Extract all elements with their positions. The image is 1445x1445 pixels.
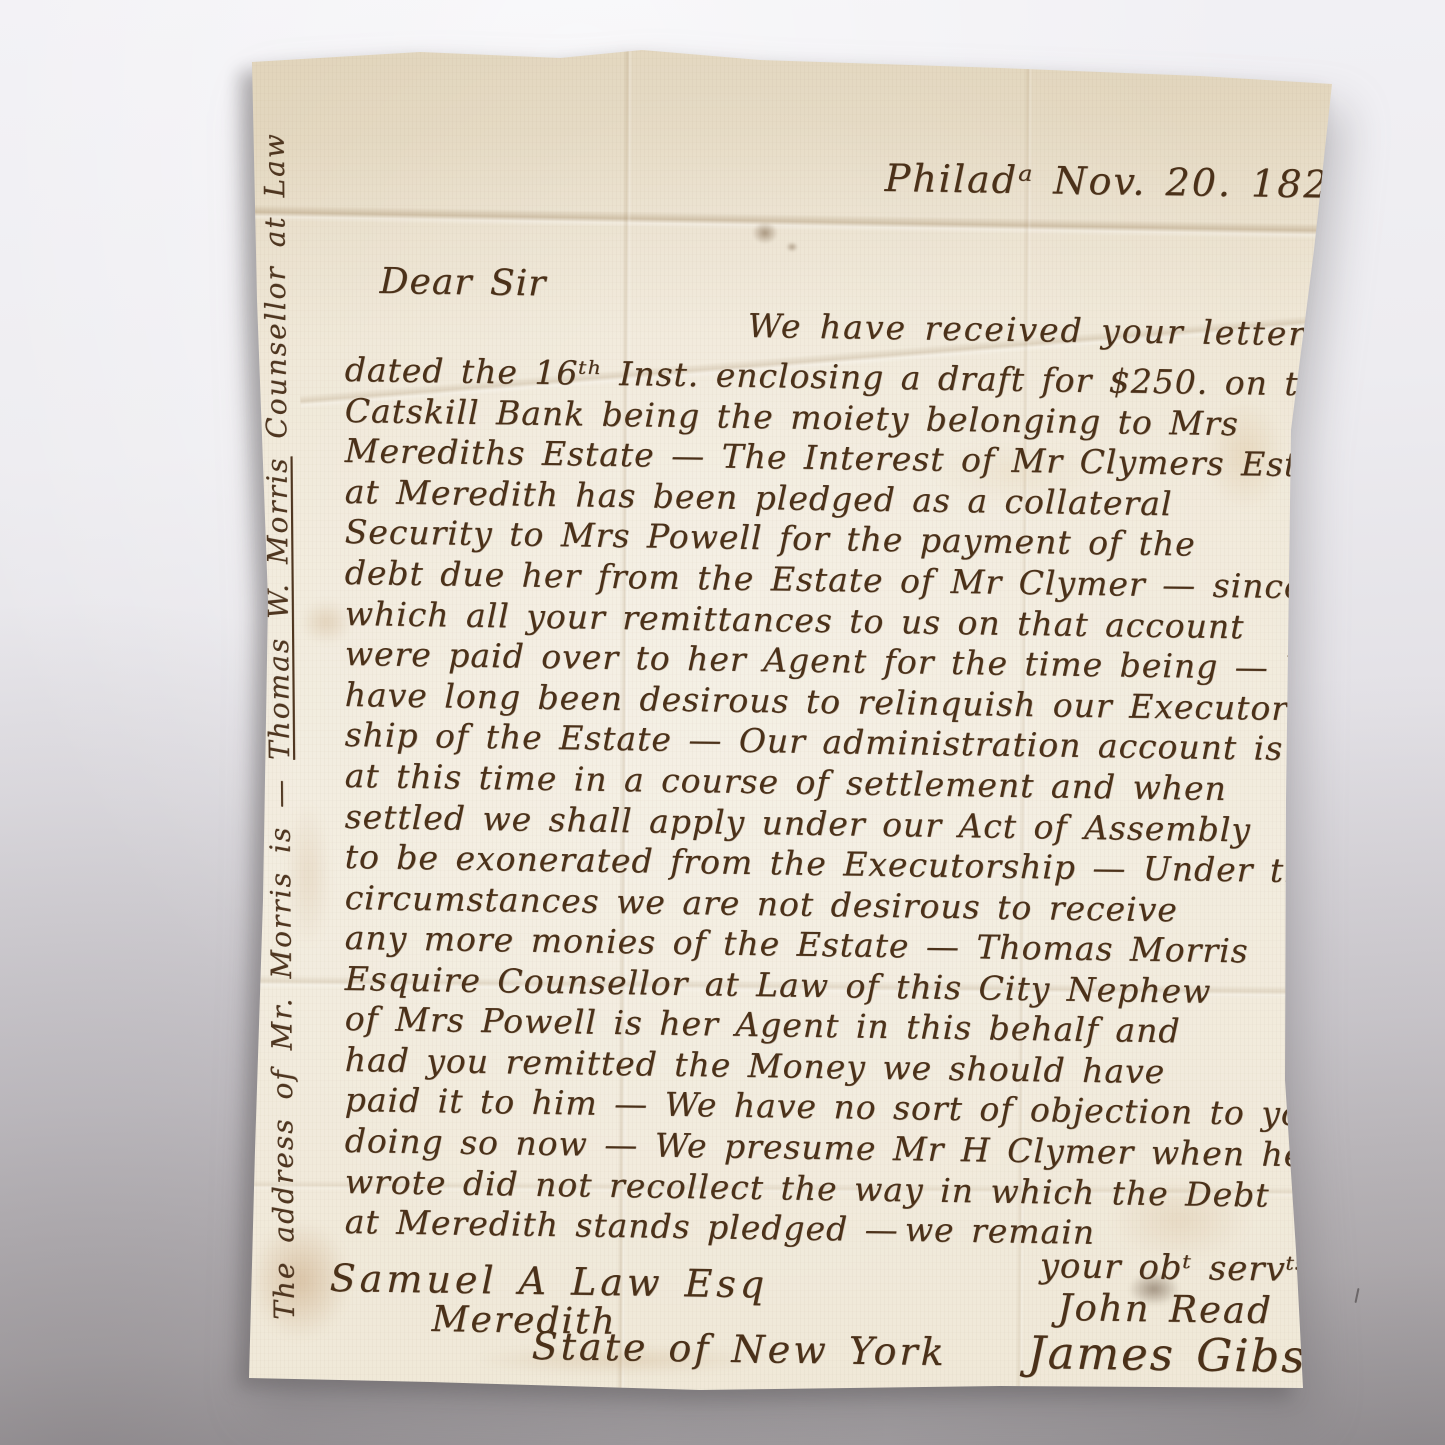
salutation: Dear Sir xyxy=(379,262,546,304)
ink-spot xyxy=(752,222,778,244)
letter-paper-shadow: Philadᵃ Nov. 20. 1826 Dear Sir We have r… xyxy=(0,0,1445,1445)
valediction: your obᵗ servᵗˢ xyxy=(1039,1248,1307,1289)
recipient-state: State of New York xyxy=(531,1326,947,1374)
margin-note-underlined-name: Thomas W. Morris xyxy=(260,456,296,760)
body-line: at Meredith stands pledged — xyxy=(344,1204,898,1249)
closing-phrase: we remain xyxy=(904,1212,1095,1251)
letter-paper: Philadᵃ Nov. 20. 1826 Dear Sir We have r… xyxy=(0,0,1445,1445)
ink-spot xyxy=(786,242,798,252)
recipient-name: Samuel A Law Esq xyxy=(329,1258,768,1306)
signature-james-gibson: James Gibson xyxy=(1027,1328,1367,1383)
margin-note-prefix: The address of Mr. Morris is — xyxy=(263,760,301,1320)
dateline: Philadᵃ Nov. 20. 1826 xyxy=(884,158,1356,207)
signature-john-read: John Read xyxy=(1057,1288,1273,1332)
margin-note-suffix: Counsellor at Law xyxy=(258,132,294,457)
opening-line: We have received your letter xyxy=(747,308,1306,353)
photo-background: Philadᵃ Nov. 20. 1826 Dear Sir We have r… xyxy=(0,0,1445,1445)
